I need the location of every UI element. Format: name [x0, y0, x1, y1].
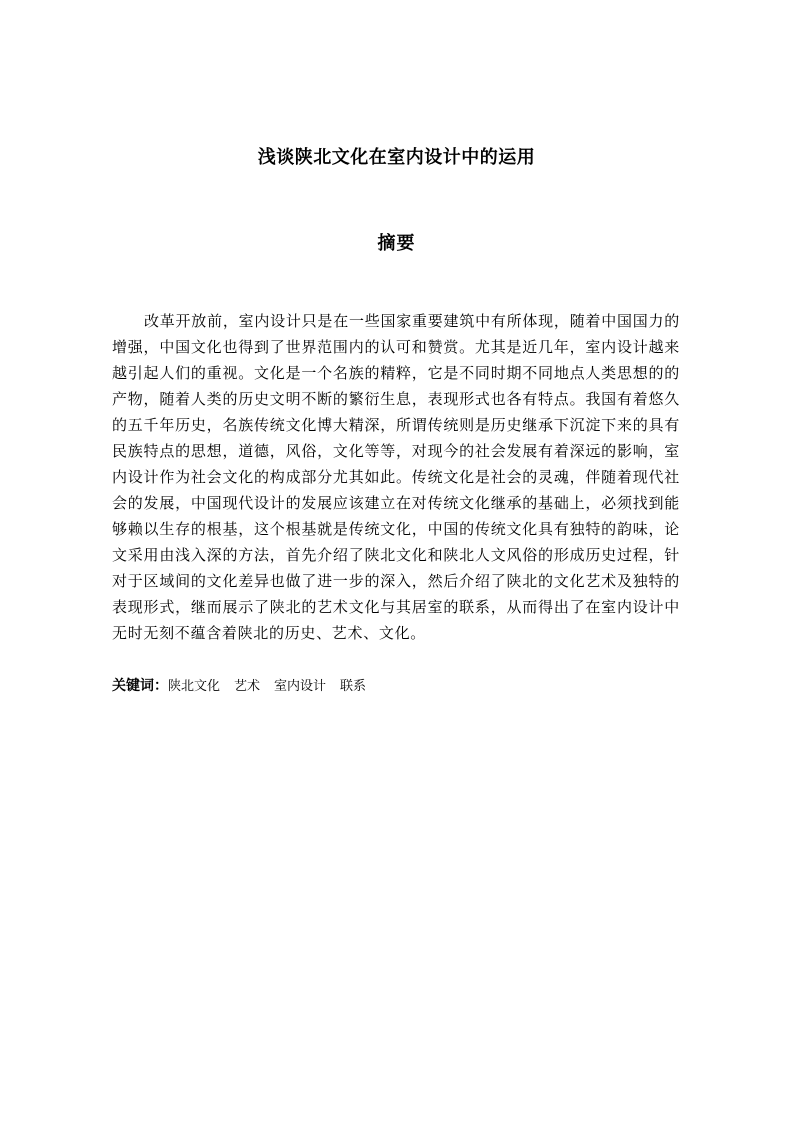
keyword-item: 联系 [340, 679, 366, 694]
abstract-body: 改革开放前，室内设计只是在一些国家重要建筑中有所体现，随着中国国力的增强，中国文… [112, 308, 680, 646]
keywords-line: 关键词：陕北文化艺术室内设计联系 [112, 676, 380, 697]
keyword-item: 陕北文化 [168, 679, 220, 694]
keywords-label: 关键词： [112, 678, 168, 694]
document-title: 浅谈陕北文化在室内设计中的运用 [0, 146, 793, 170]
keyword-item: 艺术 [234, 679, 260, 694]
keyword-item: 室内设计 [274, 679, 326, 694]
abstract-heading: 摘要 [0, 232, 793, 256]
